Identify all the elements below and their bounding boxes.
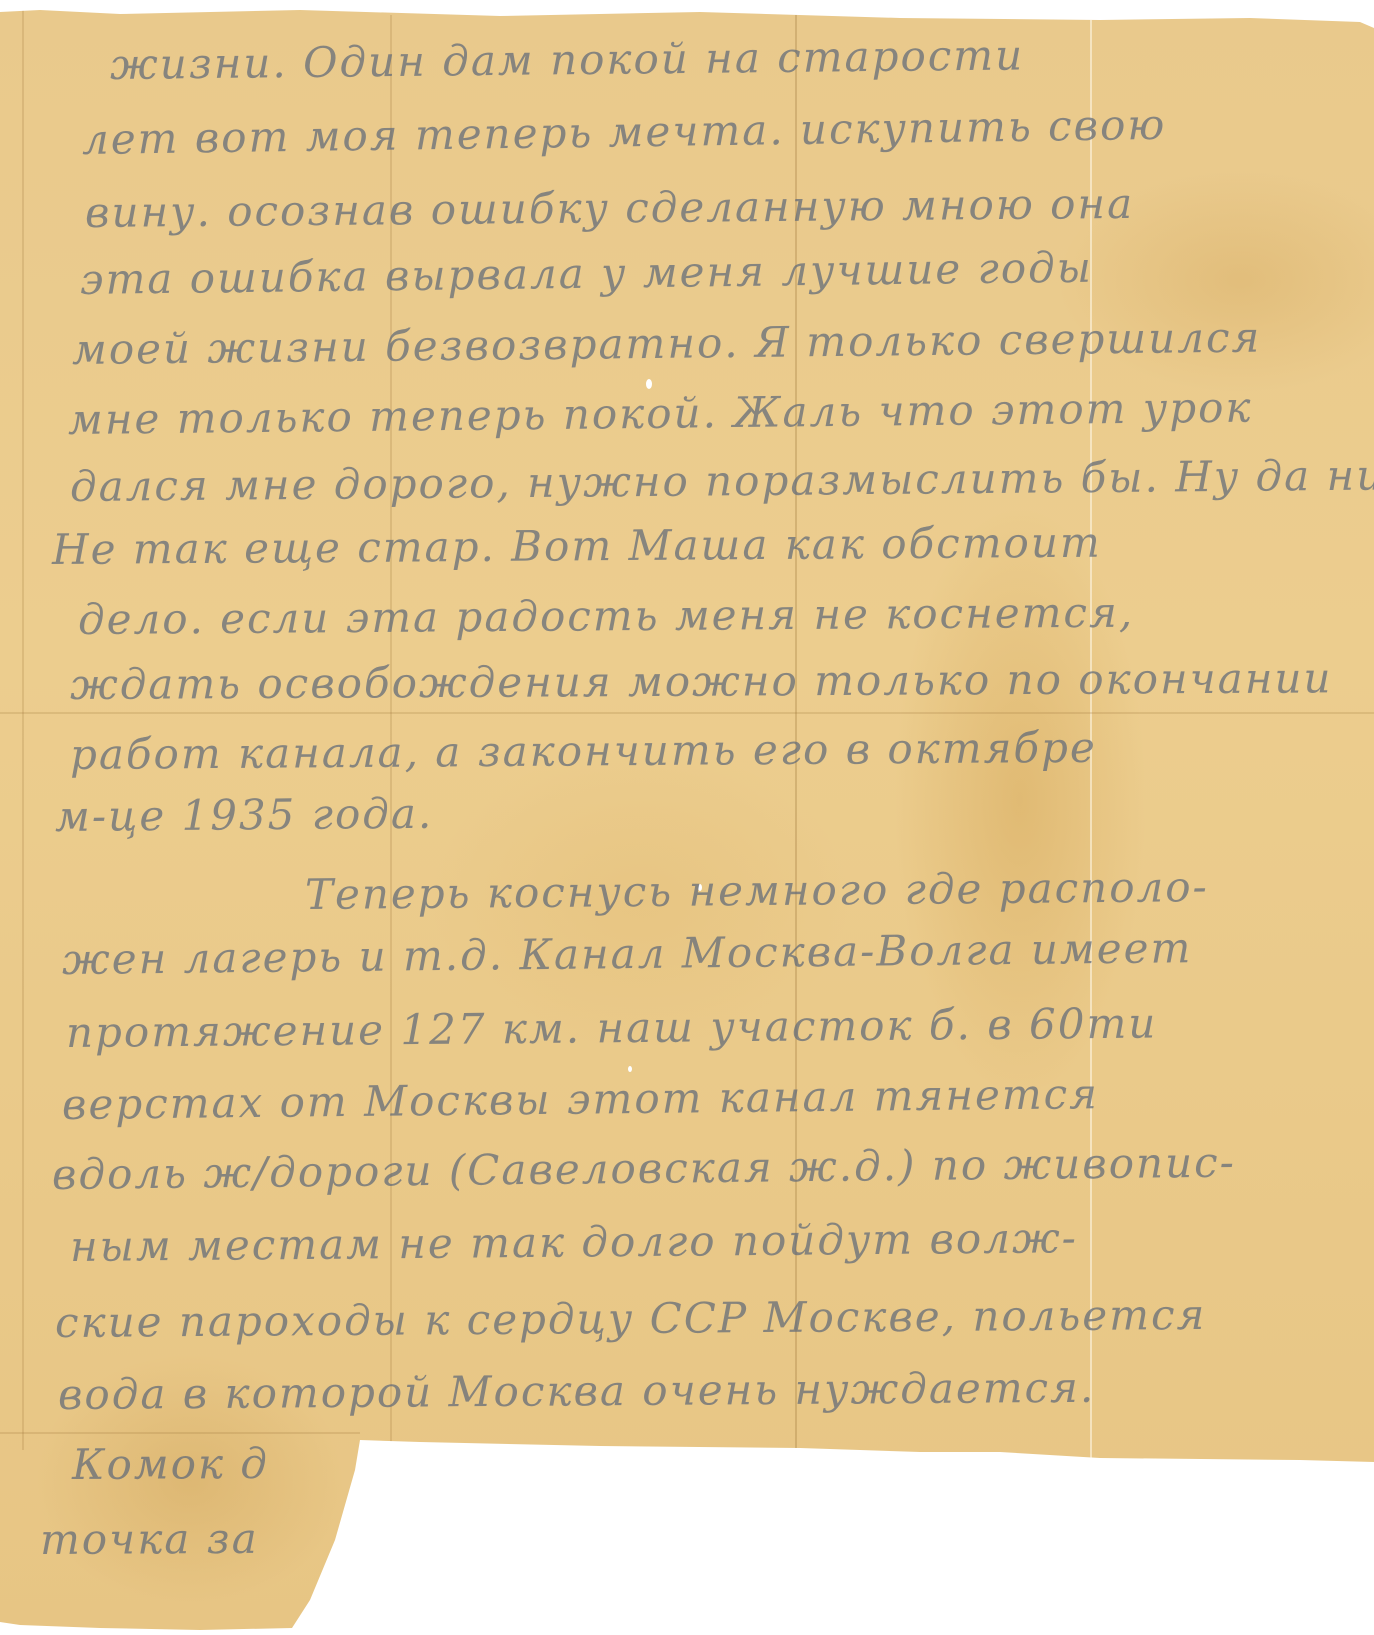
- letter-line: работ канала, а закончить его в октябре: [70, 723, 1097, 779]
- letter-line: Комок д: [72, 1439, 269, 1489]
- fold-line: [22, 10, 24, 1450]
- paper-hole: [628, 1066, 632, 1072]
- letter-line: вдоль ж/дороги (Савеловская ж.д.) по жив…: [52, 1138, 1236, 1199]
- letter-line: жен лагерь и т.д. Канал Москва-Волга име…: [62, 923, 1193, 984]
- letter-line: мне только теперь покой. Жаль что этот у…: [68, 383, 1253, 444]
- letter-line: ждать освобождения можно только по оконч…: [70, 653, 1333, 709]
- letter-line: вода в которой Москва очень нуждается.: [58, 1363, 1096, 1419]
- letter-line: эта ошибка вырвала у меня лучшие годы: [80, 243, 1093, 304]
- paper-hole: [646, 379, 652, 389]
- letter-line: Теперь коснусь немного где располо-: [305, 862, 1209, 919]
- letter-line: дался мне дорого, нужно поразмыслить бы.…: [70, 450, 1374, 511]
- letter-line: жизни. Один дам покой на старости: [110, 30, 1025, 89]
- letter-line: лет вот моя теперь мечта. искупить свою: [82, 100, 1167, 164]
- letter-line: ские пароходы к сердцу ССР Москве, полье…: [55, 1290, 1207, 1347]
- letter-line: м-це 1935 года.: [55, 789, 434, 841]
- letter-paper: жизни. Один дам покой на старости лет во…: [0, 0, 1374, 1635]
- fold-line: [0, 1432, 360, 1434]
- letter-line: точка за: [40, 1514, 259, 1564]
- fold-line: [0, 712, 1374, 714]
- letter-line: дело. если эта радость меня не коснется,: [78, 588, 1134, 644]
- letter-line: верстах от Москвы этот канал тянется: [62, 1069, 1099, 1129]
- letter-line: Не так еще стар. Вот Маша как обстоит: [52, 518, 1102, 574]
- letter-line: ным местам не так долго пойдут волж-: [70, 1213, 1078, 1271]
- letter-line: вину. осознав ошибку сделанную мною она: [85, 179, 1135, 237]
- letter-line: моей жизни безвозвратно. Я только сверши…: [72, 313, 1262, 374]
- letter-line: протяжение 127 км. наш участок б. в 60ти: [66, 998, 1158, 1057]
